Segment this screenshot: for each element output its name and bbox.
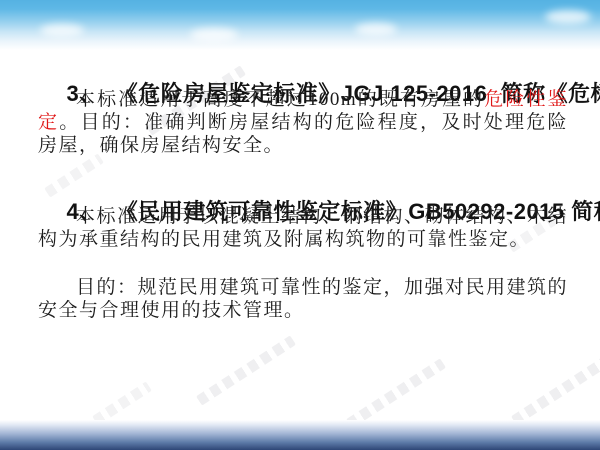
presentation-slide: 3、《危险房屋鉴定标准》JGJ 125-2016 简称《危标》 本标准适用于高度… bbox=[0, 0, 600, 450]
slide-top-gradient bbox=[0, 0, 600, 50]
watermark-streak bbox=[196, 335, 296, 405]
cloud-decoration bbox=[355, 23, 397, 36]
cloud-decoration bbox=[40, 24, 84, 37]
paragraph-purpose-standard-4: 目的：规范民用建筑可靠性的鉴定，加强对民用建筑的安全与合理使用的技术管理。 bbox=[38, 276, 568, 322]
watermark-streak bbox=[92, 381, 152, 425]
paragraph-scope-standard-3: 本标准适用于高度不超过100m的既有房屋的危险性鉴定。目的：准确判断房屋结构的危… bbox=[38, 88, 568, 157]
paragraph-text: 。目的：准确判断房屋结构的危险程度，及时处理危险房屋，确保房屋结构安全。 bbox=[38, 112, 568, 156]
slide-bottom-gradient bbox=[0, 420, 600, 450]
watermark-streak bbox=[346, 358, 446, 428]
cloud-decoration bbox=[190, 28, 238, 42]
paragraph-scope-standard-4: 本标准适用于以混凝土结构、钢结构、砌体结构、木结构为承重结构的民用建筑及附属构筑… bbox=[38, 205, 568, 251]
watermark-streak bbox=[511, 355, 600, 425]
cloud-decoration bbox=[545, 10, 591, 24]
paragraph-text: 本标准适用于高度不超过100m的既有房屋的 bbox=[76, 89, 484, 110]
